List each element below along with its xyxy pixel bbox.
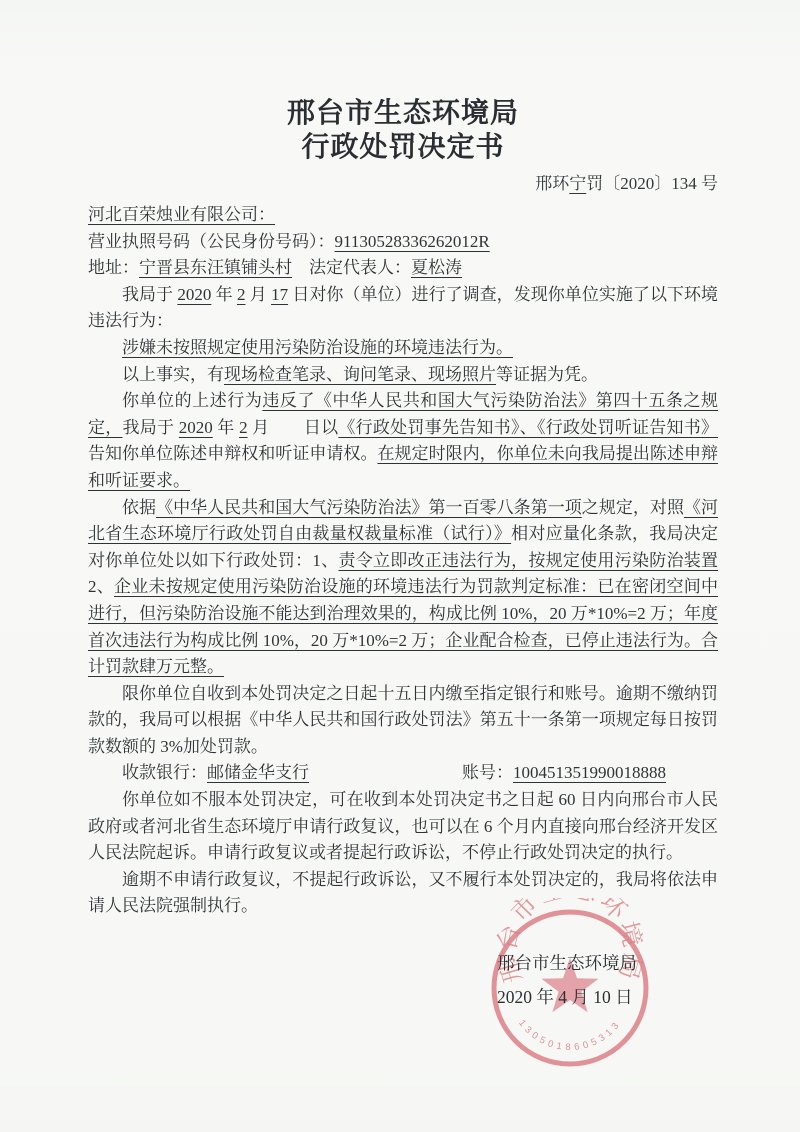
text-segment: 账号： bbox=[309, 763, 513, 782]
document-title-line1: 邢台市生态环境局 bbox=[88, 96, 718, 130]
signature-agency: 邢台市生态环境局 bbox=[497, 946, 718, 980]
signature-block: 邢台市生态环境局 2020 年 4 月 10 日 bbox=[497, 946, 718, 1014]
document-page: 邢台市生态环境局 行政处罚决定书 邢环宁罚〔2020〕134 号 河北百荣烛业有… bbox=[0, 0, 800, 1132]
underlined-text-segment: 涉嫌未按照规定使用污染防治设施的环境违法行为。 bbox=[122, 338, 513, 357]
underlined-text-segment: 17 bbox=[271, 285, 288, 304]
paragraph: 我局于 2020 年 2 月 17 日对你（单位）进行了调查，发现你单位实施了以… bbox=[88, 282, 718, 335]
underlined-text-segment: 责令立即改正违法行为，按规定使用污染防治装置 bbox=[338, 551, 718, 570]
underlined-text-segment: 河北百荣烛业有限公司： bbox=[88, 205, 275, 224]
text-segment: 你单位的上述行为 bbox=[122, 391, 262, 410]
text-segment: 依据 bbox=[122, 498, 156, 517]
paragraph: 依据《中华人民共和国大气污染防治法》第一百零八条第一项之规定，对照《河北省生态环… bbox=[88, 495, 718, 681]
underlined-text-segment: 2020 bbox=[177, 285, 211, 304]
text-segment: 我局于 bbox=[123, 418, 179, 437]
document-title-line2: 行政处罚决定书 bbox=[88, 130, 718, 164]
paragraph: 以上事实，有现场检查笔录、询问笔录、现场照片等证据为凭。 bbox=[88, 362, 718, 389]
underlined-text-segment: 《行政处罚事先告知书》、《行政处罚听证告知书》 bbox=[338, 418, 718, 437]
paragraph: 地址：宁晋县东汪镇铺头村 法定代表人：夏松涛 bbox=[88, 255, 718, 282]
underlined-text-segment: 宁晋县东汪镇铺头村 bbox=[139, 258, 292, 277]
text-segment: 月 日以 bbox=[248, 418, 339, 437]
text-segment: 地址： bbox=[88, 258, 139, 277]
text-segment: 月 bbox=[245, 285, 271, 304]
document-content: 邢台市生态环境局 行政处罚决定书 邢环宁罚〔2020〕134 号 河北百荣烛业有… bbox=[88, 96, 718, 1014]
paragraph: 限你单位自收到本处罚决定之日起十五日内缴至指定银行和账号。逾期不缴纳罚款的，我局… bbox=[88, 681, 718, 761]
paragraph: 河北百荣烛业有限公司： bbox=[88, 202, 718, 229]
underlined-text-segment: 现场检查笔录、询问笔录、现场照片 bbox=[224, 365, 496, 384]
document-body: 河北百荣烛业有限公司：营业执照号码（公民身份号码）：91130528336262… bbox=[88, 202, 718, 920]
text-segment: 2、 bbox=[88, 577, 114, 596]
paragraph: 营业执照号码（公民身份号码）：91130528336262012R bbox=[88, 229, 718, 256]
underlined-text-segment: 2020 bbox=[179, 418, 213, 437]
underlined-text-segment: 2 bbox=[239, 418, 248, 437]
underlined-text-segment: 100451351990018888 bbox=[513, 763, 666, 782]
text-segment: 你单位如不服本处罚决定，可在收到本处罚决定书之日起 60 日内向邢台市人民政府或… bbox=[88, 790, 718, 862]
text-segment: 法定代表人： bbox=[292, 258, 411, 277]
text-segment: 年 bbox=[211, 285, 237, 304]
underlined-text-segment: 夏松涛 bbox=[411, 258, 462, 277]
document-number: 邢环宁罚〔2020〕134 号 bbox=[88, 172, 718, 196]
text-segment: 等证据为凭。 bbox=[496, 365, 598, 384]
text-segment: 收款银行： bbox=[122, 763, 207, 782]
paragraph: 你单位的上述行为违反了《中华人民共和国大气污染防治法》第四十五条之规定，我局于 … bbox=[88, 388, 718, 494]
paragraph: 收款银行：邮储金华支行 账号：100451351990018888 bbox=[88, 760, 718, 787]
doc-number-suffix: 罚〔2020〕134 号 bbox=[586, 174, 718, 193]
text-segment: 以上事实，有 bbox=[122, 365, 224, 384]
underlined-text-segment: 邮储金华支行 bbox=[207, 763, 309, 782]
signature-date: 2020 年 4 月 10 日 bbox=[497, 980, 718, 1014]
document-title: 邢台市生态环境局 行政处罚决定书 bbox=[88, 96, 718, 164]
underlined-text-segment: 91130528336262012R bbox=[335, 232, 490, 251]
doc-number-prefix: 邢环 bbox=[535, 174, 569, 193]
doc-number-underlined: 宁 bbox=[569, 174, 586, 193]
underlined-text-segment: 《中华人民共和国大气污染防治法》第一百零八条第一项 bbox=[156, 498, 582, 517]
text-segment: 之规定，对照 bbox=[582, 498, 684, 517]
text-segment: 我局于 bbox=[122, 285, 177, 304]
text-segment: 营业执照号码（公民身份号码）： bbox=[88, 232, 335, 251]
text-segment: 年 bbox=[213, 418, 239, 437]
seal-number-container: 1305018605313 bbox=[516, 1018, 624, 1053]
text-segment: 告知你单位陈述申辩权和听证申请权。 bbox=[88, 444, 377, 463]
underlined-text-segment: 企业未按规定使用污染防治设施的环境违法行为罚款判定标准：已在密闭空间中进行，但污… bbox=[88, 577, 718, 676]
text-segment: 限你单位自收到本处罚决定之日起十五日内缴至指定银行和账号。逾期不缴纳罚款的，我局… bbox=[88, 684, 718, 756]
paragraph: 你单位如不服本处罚决定，可在收到本处罚决定书之日起 60 日内向邢台市人民政府或… bbox=[88, 787, 718, 867]
paragraph: 涉嫌未按照规定使用污染防治设施的环境违法行为。 bbox=[88, 335, 718, 362]
seal-number: 1305018605313 bbox=[516, 1018, 624, 1053]
